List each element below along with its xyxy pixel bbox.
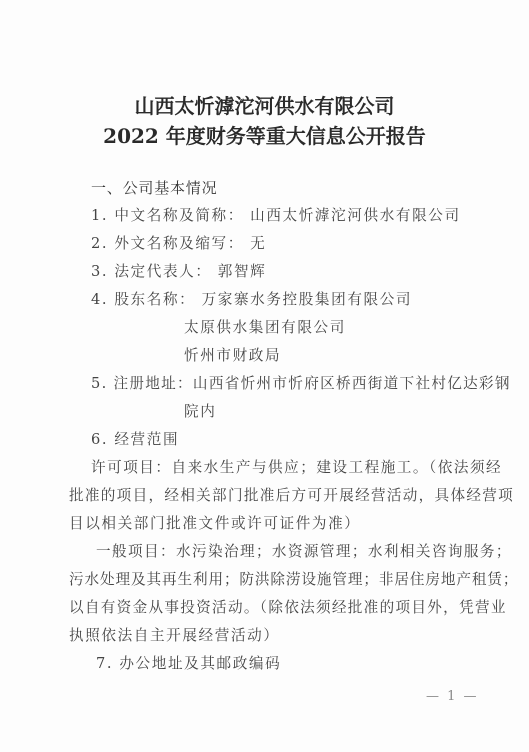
item-foreign-name: 2. 外文名称及缩写： 无	[91, 234, 266, 254]
general-items-line4: 执照依法自主开展经营活动）	[69, 626, 280, 646]
page-number: — 1 —	[426, 689, 479, 704]
item-shareholder-3: 忻州市财政局	[184, 346, 281, 366]
item-business-scope: 6. 经营范围	[91, 430, 179, 450]
item-shareholders: 4. 股东名称： 万家寨水务控股集团有限公司	[91, 290, 412, 310]
document-title-line1: 山西太忻滹沱河供水有限公司	[0, 90, 529, 119]
document-page: 山西太忻滹沱河供水有限公司 2022 年度财务等重大信息公开报告 一、公司基本情…	[0, 0, 529, 752]
item-legal-representative: 3. 法定代表人： 郭智辉	[91, 262, 266, 282]
item-shareholder-2: 太原供水集团有限公司	[184, 318, 346, 338]
licensed-items-line3: 目以相关部门批准文件或许可证件为准）	[69, 514, 361, 534]
general-items-line2: 污水处理及其再生利用；防洪除涝设施管理；非居住房地产租赁；	[69, 570, 518, 590]
document-title-line2: 2022 年度财务等重大信息公开报告	[0, 120, 529, 149]
licensed-items-line2: 批准的项目，经相关部门批准后方可开展经营活动，具体经营项	[69, 486, 514, 506]
item-registered-address-cont: 院内	[184, 402, 216, 422]
general-items-line3: 以自有资金从事投资活动。（除依法须经批准的项目外，凭营业	[69, 598, 507, 618]
section-heading-company-info: 一、公司基本情况	[91, 178, 217, 198]
general-items-line1: 一般项目：水污染治理；水资源管理；水利相关咨询服务；	[96, 542, 512, 562]
item-chinese-name: 1. 中文名称及简称： 山西太忻滹沱河供水有限公司	[91, 206, 461, 226]
licensed-items-line1: 许可项目：自来水生产与供应；建设工程施工。（依法须经	[91, 458, 502, 478]
item-office-address: 7. 办公地址及其邮政编码	[96, 654, 281, 674]
item-registered-address: 5. 注册地址：山西省忻州市忻府区桥西街道下社村亿达彩钢	[91, 374, 511, 394]
